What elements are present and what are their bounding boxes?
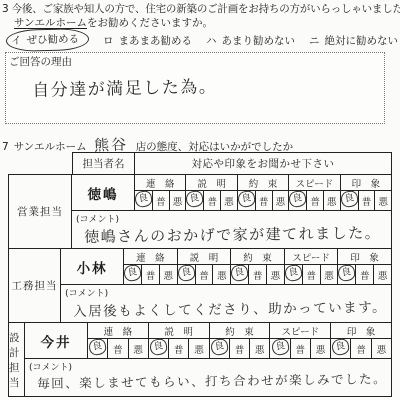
option-zehi-susumeru-selected: イ ぜひ勧める (6, 28, 90, 52)
comment-cell: (コメント) 毎回、楽しませてもらい、打ち合わせが楽しみでした。 (25, 359, 392, 397)
rating-good-cell: 良 (149, 339, 168, 358)
option-label: ぜひ勧める (26, 31, 79, 47)
rating-group-renraku: 連 絡 良 普 悪 (135, 174, 186, 211)
rating-good-cell: 良 (338, 265, 355, 284)
rating-normal-cell: 普 (255, 191, 272, 210)
rating-circle: 良 (284, 264, 303, 282)
role-label: 設計担当 (8, 322, 25, 397)
rating-normal-cell: 普 (168, 339, 188, 358)
rating-group-setsumei: 説 明 良 普 悪 (149, 322, 210, 359)
rating-circle: 良 (237, 190, 256, 208)
rating-good-cell: 良 (135, 191, 152, 210)
rating-group-speed: スピード 良 普 悪 (270, 322, 331, 359)
table-header-row: 担当者名 対応や印象をお聞かせ下さい (8, 152, 392, 175)
rating-category-label: 連 絡 (124, 249, 177, 265)
rating-category-label: 約 束 (231, 249, 284, 265)
staff-name: 徳嶋 (72, 174, 135, 211)
rating-circle: 良 (331, 338, 350, 356)
rating-normal-cell: 普 (306, 191, 323, 210)
reason-answer-handwriting: 自分達が満足した為。 (32, 69, 384, 101)
option-kana: ロ (103, 33, 114, 48)
comment-text-handwriting: 入居後もよくしてくださり、助かっています。 (73, 296, 387, 320)
table-row-design: 設計担当 今井 連 絡 良 普 悪 説 明 (8, 322, 392, 397)
rating-bad-cell: 悪 (159, 265, 177, 284)
rating-bad-cell: 悪 (374, 191, 391, 210)
question3-line2-rest: をお勧めくださいますか。 (87, 17, 213, 29)
rating-bad-cell: 悪 (188, 339, 208, 358)
rating-category-label: 印 象 (331, 323, 391, 339)
question3-number: 3 (2, 3, 8, 15)
rating-bad-cell: 悪 (266, 265, 284, 284)
rating-bad-cell: 悪 (373, 265, 391, 284)
rating-group-setsumei: 説 明 良 普 悪 (186, 174, 237, 211)
questionnaire-page: 3 今後、ご家族や知人の方で、住宅の新築のご計画をお持ちの方がいらっしゃいました… (0, 0, 400, 400)
rating-circle: 良 (134, 190, 153, 208)
rating-circle: 良 (230, 264, 249, 282)
rating-category-label: 説 明 (178, 249, 231, 265)
rating-bad-cell: 悪 (128, 339, 148, 358)
rating-category-label: 連 絡 (88, 323, 148, 339)
rating-circle: 良 (288, 190, 307, 208)
rating-normal-cell: 普 (203, 191, 220, 210)
rating-good-cell: 良 (289, 191, 306, 210)
option-maamaa-susumeru: ロ まあまあ勧める (103, 33, 192, 48)
option-label: あまり勧めない (222, 33, 296, 48)
rating-good-cell: 良 (270, 339, 289, 358)
comment-cell: (コメント) 徳嶋さんのおかげで家が建てれました。 (72, 211, 392, 249)
comment-text-handwriting: 毎回、楽しませてもらい、打ち合わせが楽しみでした。 (37, 369, 387, 392)
comment-text-handwriting: 徳嶋さんのおかげで家が建てれました。 (84, 222, 387, 247)
rating-circle: 良 (123, 264, 142, 282)
rating-good-cell: 良 (331, 339, 350, 358)
rating-category-label: 説 明 (149, 323, 209, 339)
rating-circle: 良 (270, 338, 289, 356)
rating-normal-cell: 普 (141, 265, 159, 284)
rating-normal-cell: 普 (152, 191, 169, 210)
rating-bad-cell: 悪 (249, 339, 269, 358)
rating-group-renraku: 連 絡 良 普 悪 (88, 322, 149, 359)
question3-options-row: イ ぜひ勧める ロ まあまあ勧める ハ あまり勧めない ニ 絶対に勧めない (6, 29, 398, 51)
rating-bad-cell: 悪 (371, 339, 391, 358)
rating-normal-cell: 普 (107, 339, 127, 358)
rating-group-insho: 印 象 良 普 悪 (338, 248, 392, 285)
rating-circle: 良 (88, 338, 107, 356)
rating-good-cell: 良 (124, 265, 141, 284)
question3-line1-text: 今後、ご家族や知人の方で、住宅の新築のご計画をお持ちの方がいらっしゃいましたら (12, 3, 400, 15)
table-row-sales: 営業担当 徳嶋 連 絡 良 普 悪 説 明 (8, 174, 392, 249)
rating-good-cell: 良 (231, 265, 248, 284)
rating-group-speed: スピード 良 普 悪 (285, 248, 339, 285)
rating-group-yakusoku: 約 束 良 普 悪 (231, 248, 285, 285)
option-label: 絶対に勧めない (325, 33, 399, 48)
role-label: 工務担当 (8, 248, 61, 323)
option-zettai-susumenai: ニ 絶対に勧めない (309, 33, 398, 48)
rating-good-cell: 良 (88, 339, 107, 358)
rating-good-cell: 良 (238, 191, 255, 210)
rating-normal-cell: 普 (302, 265, 320, 284)
rating-circle: 良 (340, 190, 359, 208)
brand-name: サンエルホーム (14, 17, 87, 29)
role-label: 営業担当 (8, 174, 72, 249)
rating-category-label: 約 束 (210, 323, 270, 339)
rating-normal-cell: 普 (290, 339, 310, 358)
rating-bad-cell: 悪 (212, 265, 230, 284)
rating-good-cell: 良 (285, 265, 302, 284)
rating-good-cell: 良 (210, 339, 229, 358)
rating-category-label: スピード (289, 175, 339, 191)
header-staff-name: 担当者名 (72, 152, 135, 175)
rating-normal-cell: 普 (350, 339, 370, 358)
rating-category-label: スピード (270, 323, 330, 339)
rating-circle: 良 (210, 338, 229, 356)
rating-category-label: 印 象 (341, 175, 391, 191)
rating-circle: 良 (337, 264, 356, 282)
rating-normal-cell: 普 (355, 265, 373, 284)
rating-bad-cell: 悪 (323, 191, 340, 210)
rating-normal-cell: 普 (195, 265, 213, 284)
rating-group-yakusoku: 約 束 良 普 悪 (210, 322, 271, 359)
header-impression: 対応や印象をお聞かせ下さい (135, 152, 392, 175)
option-kana: ハ (206, 33, 217, 48)
header-spacer (8, 152, 72, 175)
rating-category-label: 印 象 (338, 249, 391, 265)
rating-bad-cell: 悪 (169, 191, 186, 210)
rating-bad-cell: 悪 (220, 191, 237, 210)
staff-name: 小林 (61, 248, 124, 285)
rating-group-setsumei: 説 明 良 普 悪 (178, 248, 232, 285)
rating-group-renraku: 連 絡 良 普 悪 (124, 248, 178, 285)
option-kana: ニ (309, 33, 320, 48)
question3-text-line1: 3 今後、ご家族や知人の方で、住宅の新築のご計画をお持ちの方がいらっしゃいました… (2, 1, 400, 16)
rating-circle: 良 (185, 190, 204, 208)
reason-box: ご回答の理由 自分達が満足した為。 (5, 52, 385, 124)
option-amari-susumenai: ハ あまり勧めない (206, 33, 295, 48)
rating-category-label: 説 明 (186, 175, 236, 191)
rating-bad-cell: 悪 (310, 339, 330, 358)
rating-normal-cell: 普 (229, 339, 249, 358)
staff-rating-table: 担当者名 対応や印象をお聞かせ下さい 営業担当 徳嶋 連 絡 良 普 悪 (8, 152, 392, 397)
rating-good-cell: 良 (178, 265, 195, 284)
rating-category-label: 約 束 (238, 175, 288, 191)
rating-good-cell: 良 (341, 191, 358, 210)
comment-cell: (コメント) 入居後もよくしてくださり、助かっています。 (61, 285, 392, 323)
rating-group-insho: 印 象 良 普 悪 (341, 174, 392, 211)
rating-category-label: スピード (285, 249, 338, 265)
rating-circle: 良 (149, 338, 168, 356)
rating-normal-cell: 普 (248, 265, 266, 284)
table-row-construction: 工務担当 小林 連 絡 良 普 悪 説 明 (8, 248, 392, 323)
rating-bad-cell: 悪 (320, 265, 338, 284)
rating-group-insho: 印 象 良 普 悪 (331, 322, 392, 359)
rating-circle: 良 (177, 264, 196, 282)
rating-normal-cell: 普 (358, 191, 375, 210)
rating-bad-cell: 悪 (272, 191, 289, 210)
reason-label: ご回答の理由 (6, 53, 384, 69)
option-kana: イ (11, 33, 22, 48)
staff-name: 今井 (25, 322, 88, 359)
rating-group-speed: スピード 良 普 悪 (289, 174, 340, 211)
question3-text-line2: サンエルホームをお勧めくださいますか。 (14, 15, 213, 30)
rating-group-yakusoku: 約 束 良 普 悪 (238, 174, 289, 211)
rating-category-label: 連 絡 (135, 175, 185, 191)
option-label: まあまあ勧める (119, 33, 193, 48)
rating-good-cell: 良 (186, 191, 203, 210)
